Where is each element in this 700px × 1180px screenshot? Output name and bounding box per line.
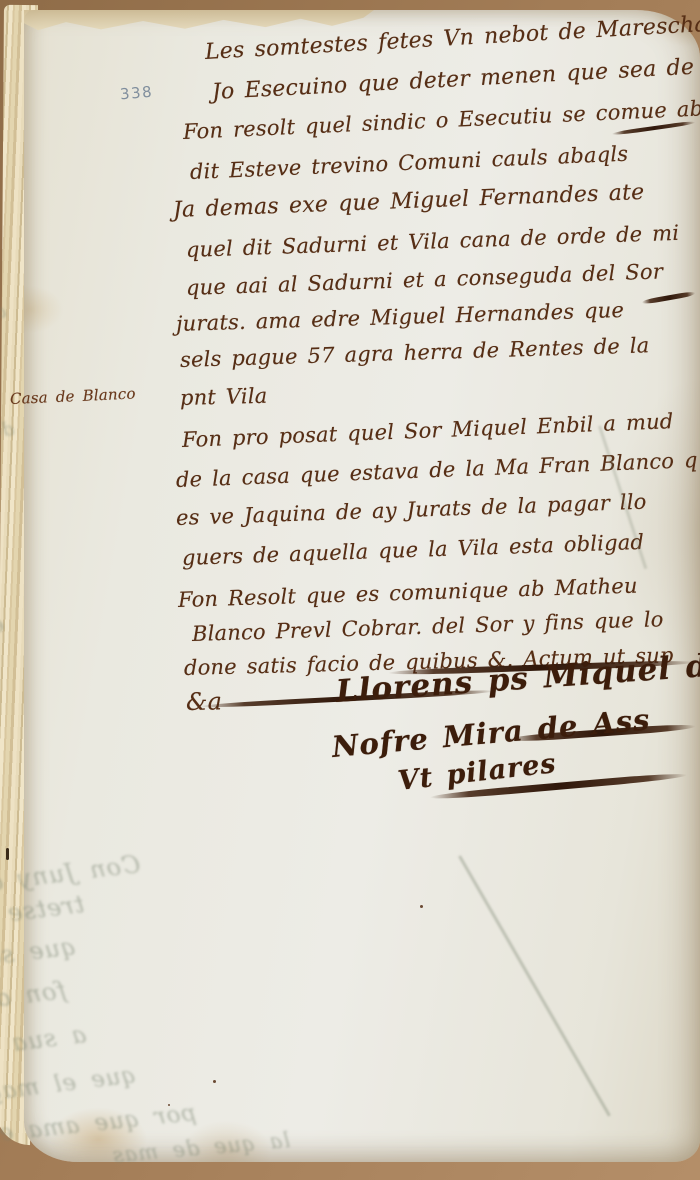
page-content: 338 se con el may a pon de les del qua l… xyxy=(0,0,700,1180)
ink-speck xyxy=(6,848,9,860)
manuscript-line: Ja demas exe que Miguel Fernandes ate xyxy=(173,180,645,223)
manuscript-line: es ve Jaquina de ay Jurats de la pagar l… xyxy=(176,490,647,530)
manuscript-line: Les somtestes fetes Vn nebot de Marescha… xyxy=(204,11,700,65)
manuscript-line: que aai al Sadurni et a conseguda del So… xyxy=(186,259,664,300)
flourish-stroke xyxy=(642,291,696,305)
manuscript-line: jurats. ama edre Miguel Hernandes que xyxy=(176,298,625,336)
photograph-of-manuscript: { "folio_number": "338", "margin_note": … xyxy=(0,0,700,1180)
manuscript-line: dit Esteve trevino Comuni cauls abaqls xyxy=(189,142,628,184)
ink-speck xyxy=(420,905,423,908)
margin-note: Casa de Blanco xyxy=(10,385,136,408)
show-through-line: en cara les dites xyxy=(0,612,5,660)
show-through-stroke xyxy=(458,855,611,1116)
ink-speck xyxy=(213,1080,216,1083)
manuscript-line: sels pague 57 agra herra de Rentes de la xyxy=(180,333,650,372)
show-through-line: la que de mas xyxy=(111,1128,291,1167)
show-through-line: del qua les xyxy=(0,418,15,449)
closing-mark: &a xyxy=(186,687,223,716)
manuscript-line: pnt Vila xyxy=(180,384,268,410)
manuscript-line: guers de aquella que la Vila esta obliga… xyxy=(182,530,645,570)
folio-number: 338 xyxy=(119,83,154,104)
show-through-line: a pon de les xyxy=(0,298,7,335)
manuscript-line: Blanco Prevl Cobrar. del Sor y fins que … xyxy=(192,607,664,646)
ink-speck xyxy=(168,1104,170,1106)
manuscript-line: Fon Resolt que es comunique ab Matheu xyxy=(178,574,638,612)
manuscript-line: quel dit Sadurni et Vila cana de orde de… xyxy=(186,221,680,262)
